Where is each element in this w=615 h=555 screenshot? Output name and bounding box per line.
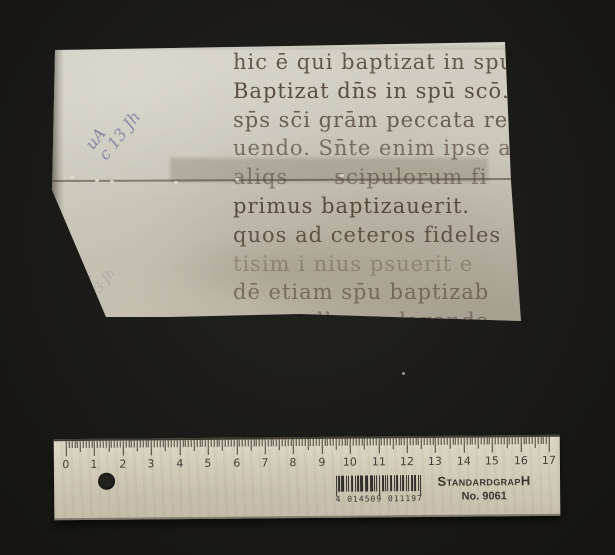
ruler-tick	[168, 440, 169, 447]
barcode-bar	[355, 476, 356, 492]
ruler-number: 7	[261, 456, 268, 469]
parchment-fold-edge	[50, 40, 64, 330]
ruler-tick	[191, 440, 192, 447]
barcode-bar	[357, 476, 359, 492]
ruler-tick	[449, 438, 450, 449]
barcode-bar	[365, 475, 368, 491]
barcode-bar	[406, 475, 407, 491]
ruler-tick	[358, 439, 359, 446]
ruler-tick	[174, 440, 175, 447]
ruler-tick	[231, 440, 232, 447]
ruler-tick	[199, 440, 200, 447]
ruler-tick	[418, 438, 419, 445]
ruler-tick	[208, 440, 209, 455]
ruler-tick	[452, 438, 453, 445]
ruler-tick	[404, 438, 405, 445]
ruler-tick	[287, 439, 288, 446]
ruler-tick	[466, 438, 467, 445]
ruler-tick	[211, 440, 212, 447]
ruler-tick	[242, 440, 243, 447]
ruler-tick	[196, 440, 197, 447]
ruler-tick	[444, 438, 445, 445]
wormhole-speck	[340, 174, 344, 177]
ruler-tick	[495, 437, 496, 444]
barcode-bar	[400, 475, 401, 491]
wormhole-speck	[110, 180, 114, 183]
barcode-bar	[390, 475, 392, 491]
ruler-tick	[458, 438, 459, 445]
ruler-tick	[319, 439, 320, 446]
ruler-tick	[336, 439, 337, 450]
ruler-tick	[86, 441, 87, 448]
ruler-tick	[245, 440, 246, 447]
ruler-number: 1	[91, 458, 98, 471]
ruler-tick	[205, 440, 206, 447]
ruler-tick	[506, 437, 507, 448]
ruler-tick	[492, 437, 493, 452]
ruler-tick	[137, 440, 138, 451]
ruler-number: 15	[485, 454, 499, 467]
ruler-tick	[375, 438, 376, 445]
ruler-tick	[327, 439, 328, 446]
ruler-number: 12	[400, 455, 414, 468]
ruler-tick	[341, 439, 342, 446]
ruler-tick	[128, 441, 129, 448]
ruler-tick	[313, 439, 314, 446]
ruler-tick	[293, 439, 294, 454]
ruler-tick	[307, 439, 308, 450]
ruler-tick	[222, 440, 223, 451]
ruler-tick	[108, 441, 109, 452]
ruler-number: 2	[119, 458, 126, 471]
ruler-tick	[481, 437, 482, 444]
ruler-tick	[80, 441, 81, 452]
ruler-tick	[310, 439, 311, 446]
wormhole-speck	[235, 178, 239, 181]
ruler-number: 10	[343, 456, 357, 469]
ruler-tick	[415, 438, 416, 445]
ruler-tick	[74, 441, 75, 448]
ruler-tick	[228, 440, 229, 447]
manuscript-line: sp̄s sc̄i grām peccata remi	[233, 108, 537, 132]
ruler-tick	[83, 441, 84, 448]
ruler-tick	[367, 438, 368, 445]
ruler-tick	[321, 439, 322, 454]
ruler-tick	[407, 438, 408, 453]
ruler-tick	[432, 438, 433, 445]
ruler-tick	[483, 437, 484, 444]
ruler-number: 9	[318, 456, 325, 469]
ruler-tick	[259, 439, 260, 446]
ruler-tick	[290, 439, 291, 446]
ruler-tick	[111, 441, 112, 448]
ruler-number: 11	[371, 455, 385, 468]
ruler-tick	[486, 437, 487, 444]
ruler-tick	[412, 438, 413, 445]
ruler-tick	[66, 441, 67, 456]
ruler: 01234567891011121314151617 4 014509 0111…	[52, 429, 563, 521]
ruler-number: 5	[204, 457, 211, 470]
ruler-tick	[421, 438, 422, 449]
ruler-tick	[535, 437, 536, 448]
ruler-number: 3	[147, 457, 154, 470]
ruler-tick	[512, 437, 513, 444]
ruler-tick	[100, 441, 101, 448]
ruler-tick	[347, 439, 348, 446]
ruler-tick	[165, 440, 166, 451]
ruler-tick	[302, 439, 303, 446]
ruler-tick	[435, 438, 436, 453]
pencil-annotation-top: uA c 13 Jh	[82, 98, 143, 163]
ruler-tick	[91, 441, 92, 448]
ruler-tick	[353, 439, 354, 446]
ruler-tick	[282, 439, 283, 446]
ruler-tick	[88, 441, 89, 448]
ruler-tick	[384, 438, 385, 445]
barcode-bar	[414, 475, 416, 491]
ruler-tick	[179, 440, 180, 455]
ruler-tick	[117, 441, 118, 448]
wormhole-speck	[174, 181, 178, 184]
manuscript-line: hic ē qui baptizat in spu	[233, 50, 514, 74]
ruler-tick	[276, 439, 277, 446]
ruler-tick	[333, 439, 334, 446]
barcode-bar	[374, 475, 375, 491]
ruler-tick	[279, 439, 280, 450]
ruler-tick	[503, 437, 504, 444]
ruler-tick	[131, 441, 132, 448]
barcode-bar	[336, 476, 337, 497]
ruler-tick	[105, 441, 106, 448]
manuscript-line: Baptizat dn̄s in spū scō.	[233, 79, 510, 103]
ruler-tick	[177, 440, 178, 447]
barcode-bar	[346, 476, 347, 492]
ruler-tick	[262, 439, 263, 446]
ruler-tick	[344, 439, 345, 446]
ruler-tick	[393, 438, 394, 449]
dust-speck	[402, 372, 405, 375]
barcode-bar	[370, 475, 373, 491]
ruler-tick	[202, 440, 203, 447]
manuscript-line: primus baptizauerit.	[233, 194, 470, 218]
ruler-tick	[148, 440, 149, 447]
ruler-tick	[455, 438, 456, 445]
manuscript-text-block: hic ē qui baptizat in spuBaptizat dn̄s i…	[233, 40, 573, 330]
ruler-tick	[285, 439, 286, 446]
ruler-tick	[330, 439, 331, 446]
ruler-tick	[475, 438, 476, 445]
barcode: 4 014509 011197	[336, 475, 422, 506]
ruler-tick	[532, 437, 533, 444]
ruler-tick	[364, 438, 365, 449]
ruler-tick	[441, 438, 442, 445]
ruler-tick	[373, 438, 374, 445]
barcode-digits: 4 014509 011197	[332, 494, 426, 504]
ruler-tick	[395, 438, 396, 445]
ruler-tick	[515, 437, 516, 444]
ruler-tick	[350, 439, 351, 454]
barcode-bar	[341, 476, 344, 492]
ruler-tick	[236, 440, 237, 455]
ruler-tick	[157, 440, 158, 447]
ruler-tick	[239, 440, 240, 447]
ruler-number: 16	[513, 454, 527, 467]
ruler-tick	[540, 437, 541, 444]
ruler-tick	[498, 437, 499, 444]
ruler-tick	[94, 441, 95, 456]
barcode-bar	[396, 475, 398, 491]
ruler-tick	[361, 439, 362, 446]
ruler-tick	[114, 441, 115, 448]
ruler-number: 17	[542, 454, 556, 467]
ruler-tick	[188, 440, 189, 447]
ruler-tick	[401, 438, 402, 445]
ruler-tick	[461, 438, 462, 445]
ruler-tick	[185, 440, 186, 447]
ruler-tick	[154, 440, 155, 447]
ruler-tick	[253, 439, 254, 446]
barcode-bar	[382, 475, 384, 491]
ruler-brand: StandardgrapH	[418, 473, 550, 489]
ruler-tick	[438, 438, 439, 445]
ruler-tick	[213, 440, 214, 447]
ruler-tick	[509, 437, 510, 444]
manuscript-line: nec mulles ex laxando	[233, 309, 489, 333]
ruler-tick	[370, 438, 371, 445]
ruler-tick	[378, 438, 379, 453]
barcode-bar	[408, 475, 409, 491]
wormhole-speck	[95, 179, 99, 182]
ruler-model: No. 9061	[418, 490, 550, 503]
ruler-tick	[273, 439, 274, 446]
ruler-number: 8	[290, 456, 297, 469]
manuscript-line: uendo. Sn̄te enim ipse ac	[233, 136, 525, 160]
wormhole-speck	[70, 176, 74, 179]
ruler-tick	[523, 437, 524, 444]
ruler-tick	[390, 438, 391, 445]
barcode-bar	[338, 476, 340, 492]
barcode-bar	[351, 476, 353, 492]
ruler-tick	[316, 439, 317, 446]
ruler-tick	[424, 438, 425, 445]
ruler-tick	[537, 437, 538, 444]
ruler-tick	[216, 440, 217, 447]
ruler-number: 4	[176, 457, 183, 470]
ruler-tick	[339, 439, 340, 446]
ruler-tick	[69, 441, 70, 448]
barcode-bar	[376, 475, 377, 491]
ruler-tick	[520, 437, 521, 452]
ruler-tick	[387, 438, 388, 445]
photo-stage: hic ē qui baptizat in spuBaptizat dn̄s i…	[0, 0, 615, 555]
ruler-tick	[120, 441, 121, 448]
ruler-tick	[356, 439, 357, 446]
ruler-tick	[145, 440, 146, 447]
ruler-hole	[98, 473, 115, 490]
ruler-tick	[472, 438, 473, 445]
ruler-tick	[97, 441, 98, 448]
ruler-tick	[248, 440, 249, 447]
ruler-tick	[469, 438, 470, 445]
ruler-tick	[140, 440, 141, 447]
ruler-number: 6	[233, 457, 240, 470]
ruler-tick	[381, 438, 382, 445]
ruler-tick	[219, 440, 220, 447]
ruler-tick	[270, 439, 271, 446]
barcode-bar	[360, 476, 363, 492]
ink-dot	[63, 261, 69, 267]
ruler-tick	[194, 440, 195, 451]
ruler-tick	[182, 440, 183, 447]
barcode-bar	[387, 475, 388, 491]
ruler-tick	[103, 441, 104, 448]
manuscript-line: dē etiam sp̄u baptizab	[233, 280, 489, 304]
ruler-tick	[77, 441, 78, 448]
manuscript-line: aliqs scipulorum fi	[233, 165, 487, 189]
ruler-tick	[518, 437, 519, 444]
ruler-tick	[500, 437, 501, 444]
ruler-tick	[267, 439, 268, 446]
barcode-bar	[348, 476, 349, 492]
ruler-tick	[489, 437, 490, 444]
ruler-tick	[429, 438, 430, 445]
parchment-fragment: hic ē qui baptizat in spuBaptizat dn̄s i…	[50, 40, 528, 330]
ruler-tick	[134, 441, 135, 448]
ruler-tick	[543, 437, 544, 444]
ruler-tick	[296, 439, 297, 446]
barcode-bar	[411, 475, 413, 491]
ruler-tick	[410, 438, 411, 445]
ruler-tick	[123, 441, 124, 456]
ruler-tick	[427, 438, 428, 445]
ruler-tick	[549, 437, 550, 452]
ruler-tick	[125, 441, 126, 448]
ruler-number: 13	[428, 455, 442, 468]
ruler-tick	[546, 437, 547, 444]
ruler-tick	[324, 439, 325, 446]
ruler-number: 14	[457, 455, 471, 468]
ruler-tick	[250, 439, 251, 450]
ruler-tick	[159, 440, 160, 447]
barcode-bar	[379, 475, 380, 496]
ruler-tick	[464, 438, 465, 453]
ruler-number: 0	[62, 458, 69, 471]
ruler-tick	[256, 439, 257, 446]
barcode-bar	[385, 475, 386, 491]
ruler-tick	[142, 440, 143, 447]
pencil-annotation-bottom: uA 13 Jh	[72, 255, 120, 303]
manuscript-line: quos ad ceteros fideles	[233, 223, 501, 247]
ruler-tick	[299, 439, 300, 446]
ruler-tick	[478, 437, 479, 448]
ruler-tick	[398, 438, 399, 445]
ruler-tick	[233, 440, 234, 447]
ruler-tick	[529, 437, 530, 444]
ruler-tick	[265, 439, 266, 454]
ruler-tick	[225, 440, 226, 447]
manuscript-line: tisim i nius psuerit e	[233, 252, 473, 276]
ruler-tick	[71, 441, 72, 448]
ruler-tick	[151, 440, 152, 455]
barcode-bar	[402, 475, 404, 491]
ruler-tick	[162, 440, 163, 447]
ruler-tick	[171, 440, 172, 447]
barcode-bar	[394, 475, 395, 491]
ruler-tick	[526, 437, 527, 444]
ruler-tick	[446, 438, 447, 445]
ruler-tick	[304, 439, 305, 446]
